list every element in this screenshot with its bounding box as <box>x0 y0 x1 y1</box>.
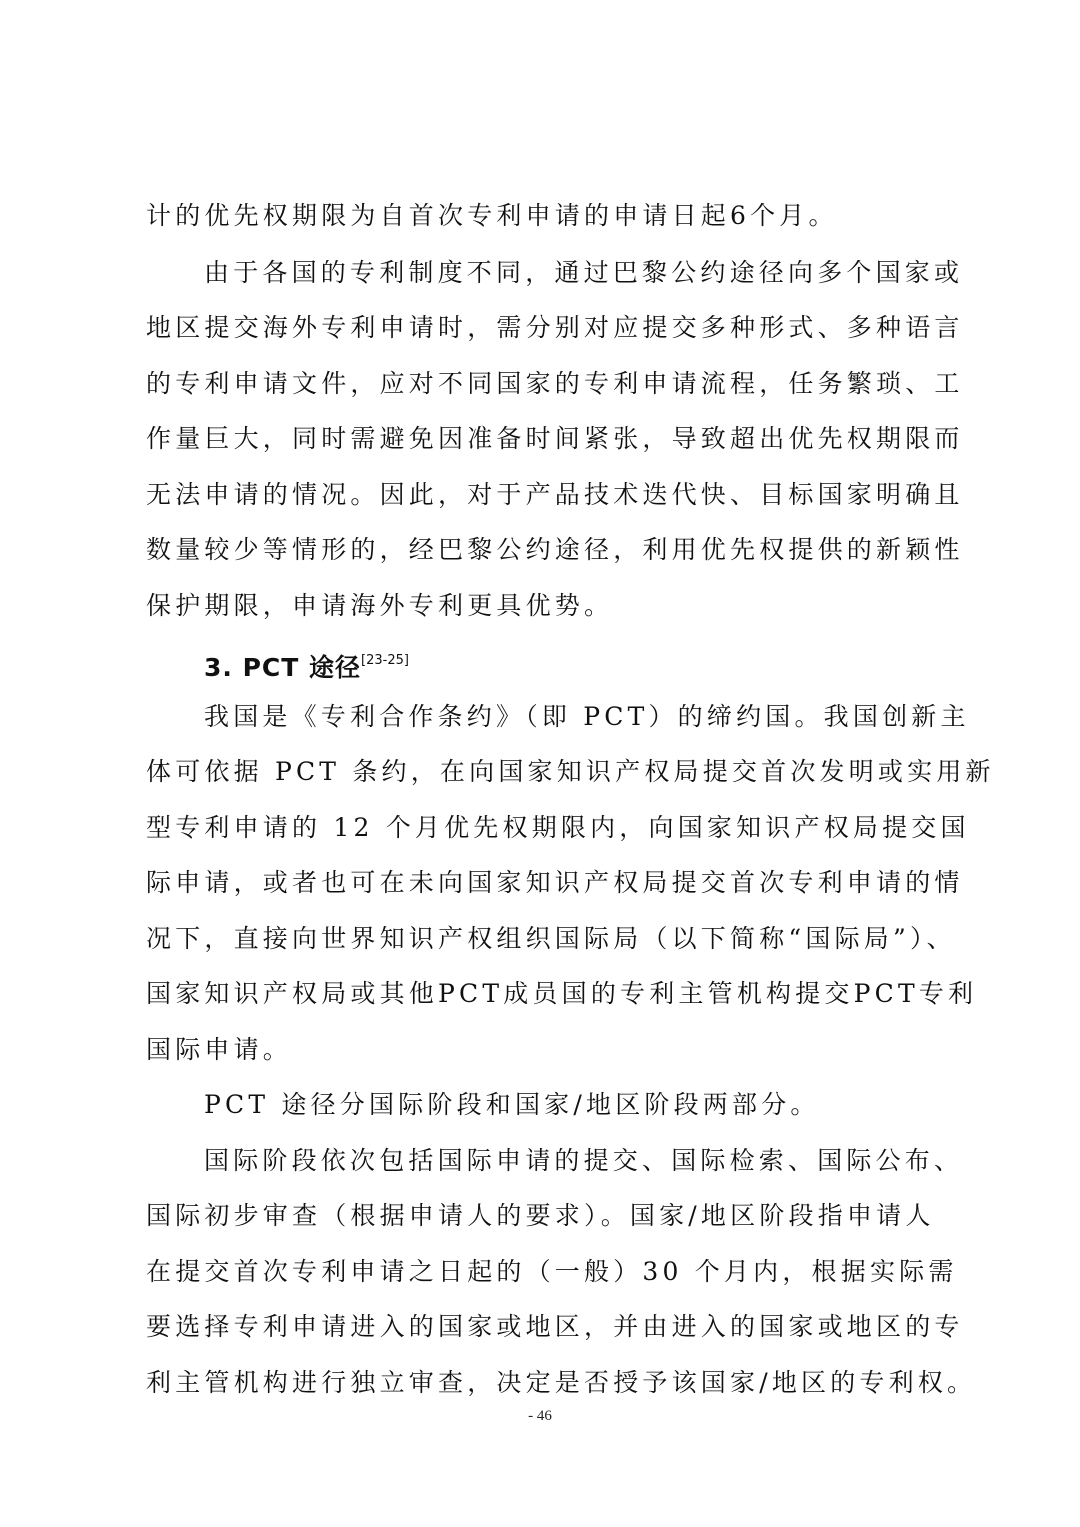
paragraph-line: 型专利申请的 12 个月优先权期限内，向国家知识产权局提交国 <box>146 810 946 846</box>
paragraph-line: 数量较少等情形的，经巴黎公约途径，利用优先权提供的新颖性 <box>146 532 946 568</box>
paragraph-line: 际申请，或者也可在未向国家知识产权局提交首次专利申请的情 <box>146 865 946 901</box>
citation-ref: [23-25] <box>361 653 409 668</box>
paragraph-line: 保护期限，申请海外专利更具优势。 <box>146 588 946 624</box>
document-page: 计的优先权期限为自首次专利申请的申请日起6个月。 由于各国的专利制度不同，通过巴… <box>0 0 1080 1527</box>
paragraph-line: 利主管机构进行独立审查，决定是否授予该国家/地区的专利权。 <box>146 1365 946 1401</box>
section-heading: 3. PCT 途径[23-25] <box>204 643 1004 679</box>
paragraph-line: 无法申请的情况。因此，对于产品技术迭代快、目标国家明确且 <box>146 477 946 513</box>
section-heading-text: 3. PCT 途径 <box>204 653 361 682</box>
paragraph-line: 作量巨大，同时需避免因准备时间紧张，导致超出优先权期限而 <box>146 421 946 457</box>
paragraph-line: 国际申请。 <box>146 1032 946 1068</box>
paragraph-line: 在提交首次专利申请之日起的（一般）30 个月内，根据实际需 <box>146 1254 946 1290</box>
paragraph-line: 地区提交海外专利申请时，需分别对应提交多种形式、多种语言 <box>146 310 946 346</box>
paragraph-line: 国际阶段依次包括国际申请的提交、国际检索、国际公布、 <box>204 1143 1004 1179</box>
paragraph-line: 要选择专利申请进入的国家或地区，并由进入的国家或地区的专 <box>146 1309 946 1345</box>
paragraph-line: 计的优先权期限为自首次专利申请的申请日起6个月。 <box>146 198 946 234</box>
page-number: - 46 <box>0 1408 1080 1425</box>
paragraph-line: 的专利申请文件，应对不同国家的专利申请流程，任务繁琐、工 <box>146 366 946 402</box>
paragraph-line: 我国是《专利合作条约》（即 PCT）的缔约国。我国创新主 <box>204 699 1004 735</box>
paragraph-line: 国家知识产权局或其他PCT成员国的专利主管机构提交PCT专利 <box>146 976 946 1012</box>
paragraph-line: 体可依据 PCT 条约，在向国家知识产权局提交首次发明或实用新 <box>146 754 946 790</box>
paragraph-line: 由于各国的专利制度不同，通过巴黎公约途径向多个国家或 <box>204 255 1004 291</box>
paragraph-line: 况下，直接向世界知识产权组织国际局（以下简称“国际局”）、 <box>146 921 946 957</box>
paragraph-line: 国际初步审查（根据申请人的要求）。国家/地区阶段指申请人 <box>146 1198 946 1234</box>
paragraph-line: PCT 途径分国际阶段和国家/地区阶段两部分。 <box>204 1087 1004 1123</box>
